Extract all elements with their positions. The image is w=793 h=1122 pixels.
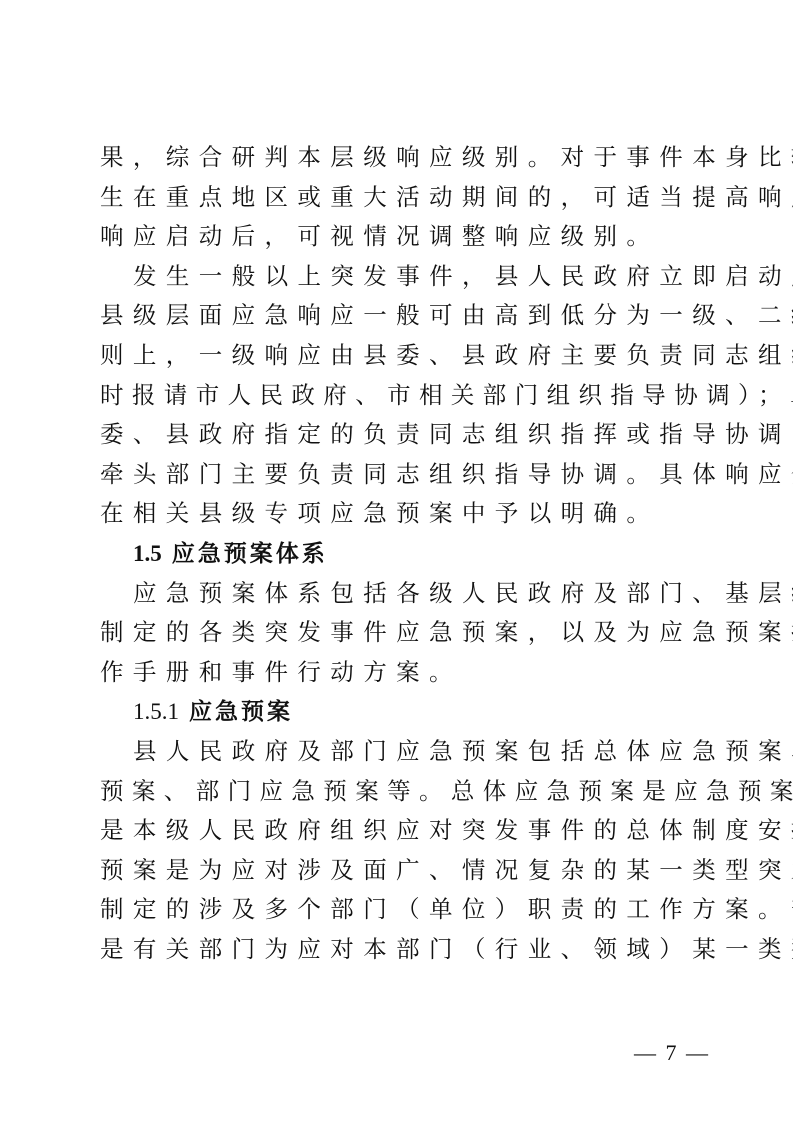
section-number: 1.5 <box>133 541 162 566</box>
text-line: 作手册和事件行动方案。 <box>100 653 696 693</box>
text-line: 时报请市人民政府、市相关部门组织指导协调）；二级响应由县 <box>100 376 696 416</box>
text-line: 预案是为应对涉及面广、情况复杂的某一类型突发事件，预先 <box>100 851 696 891</box>
text-line: 委、县政府指定的负责同志组织指挥或指导协调；三级响应由 <box>100 415 696 455</box>
text-line: 制定的各类突发事件应急预案，以及为应急预案提供支撑的工 <box>100 613 696 653</box>
section-title: 应急预案体系 <box>172 541 328 567</box>
text-line: 是有关部门为应对本部门（行业、领域）某一类型突发事件， <box>100 930 696 970</box>
document-page-body: 果，综合研判本层级响应级别。对于事件本身比较敏感，或发 生在重点地区或重大活动期… <box>100 138 696 969</box>
subsection-number: 1.5.1 <box>133 699 179 724</box>
paragraph-first-line: 发生一般以上突发事件，县人民政府立即启动应急响应。 <box>100 257 696 297</box>
text-line: 果，综合研判本层级响应级别。对于事件本身比较敏感，或发 <box>100 138 696 178</box>
text-line: 生在重点地区或重大活动期间的，可适当提高响应级别。应急 <box>100 178 696 218</box>
text-line: 制定的涉及多个部门（单位）职责的工作方案。部门应急预案 <box>100 890 696 930</box>
text-line: 在相关县级专项应急预案中予以明确。 <box>100 494 696 534</box>
paragraph-first-line: 县人民政府及部门应急预案包括总体应急预案、专项应急 <box>100 732 696 772</box>
section-heading-1-5: 1.5应急预案体系 <box>100 534 696 574</box>
text-line: 预案、部门应急预案等。总体应急预案是应急预案体系的总纲， <box>100 772 696 812</box>
subsection-heading-1-5-1: 1.5.1应急预案 <box>100 692 696 732</box>
page-number: — 7 — <box>634 1040 710 1066</box>
text-line: 县级层面应急响应一般可由高到低分为一级、二级、三级。原 <box>100 296 696 336</box>
text-line: 响应启动后，可视情况调整响应级别。 <box>100 217 696 257</box>
subsection-title: 应急预案 <box>189 699 293 725</box>
text-line: 则上，一级响应由县委、县政府主要负责同志组织指挥（必要 <box>100 336 696 376</box>
paragraph-first-line: 应急预案体系包括各级人民政府及部门、基层组织和单位 <box>100 574 696 614</box>
text-line: 是本级人民政府组织应对突发事件的总体制度安排。专项应急 <box>100 811 696 851</box>
text-line: 牵头部门主要负责同志组织指导协调。具体响应分级及其标准 <box>100 455 696 495</box>
